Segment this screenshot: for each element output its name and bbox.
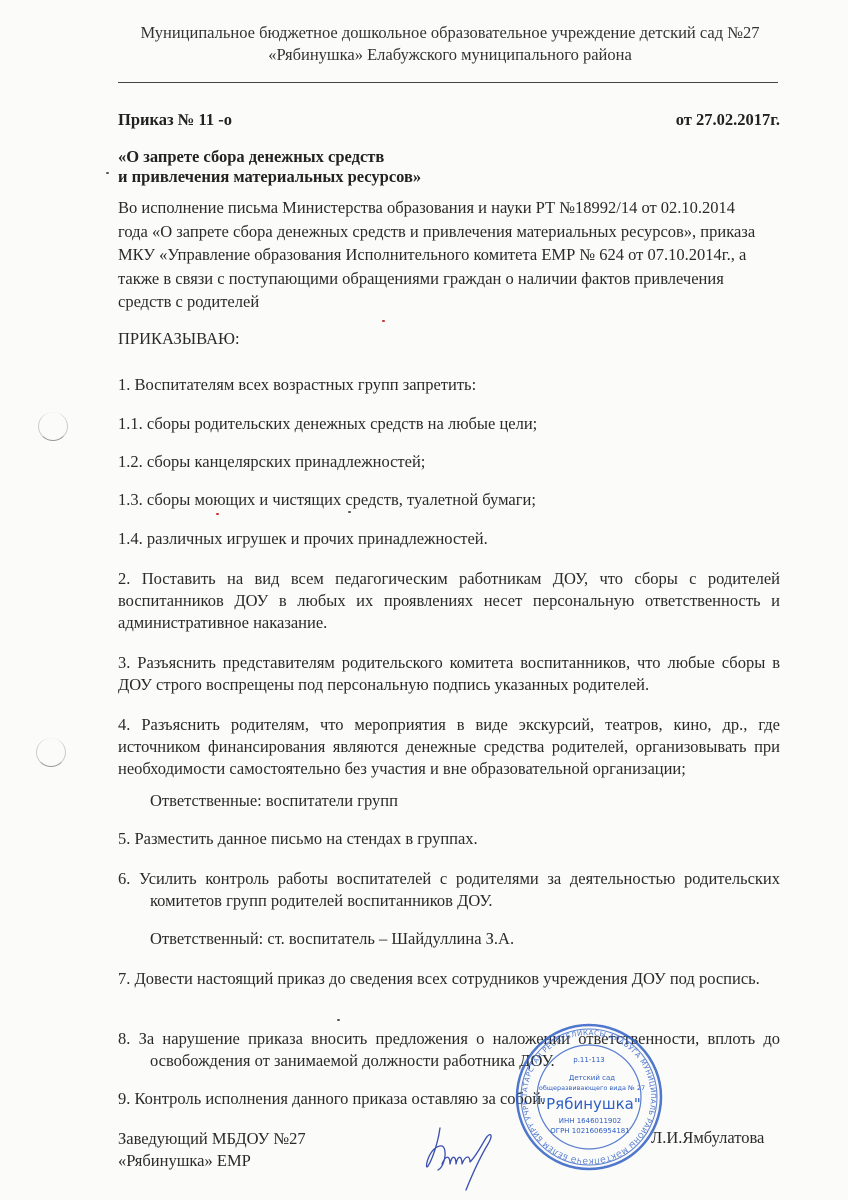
stamp-line-1: Детский сад (569, 1074, 615, 1082)
item-9: 9. Контроль исполнения данного приказа о… (118, 1088, 780, 1110)
stamp-name: "Рябинушка" (539, 1095, 641, 1113)
item-1-2: 1.2. сборы канцелярских принадлежностей; (118, 451, 780, 473)
scan-speck (216, 513, 219, 515)
preamble-line: средств с родителей (118, 290, 780, 314)
scan-speck (382, 320, 385, 322)
stamp-inn: ИНН 1646011902 (559, 1117, 622, 1125)
item-1: 1. Воспитателям всех возрастных групп за… (118, 374, 780, 396)
responsible-2: Ответственный: ст. воспитатель – Шайдулл… (118, 928, 780, 950)
preamble-line: МКУ «Управление образования Исполнительн… (118, 243, 780, 267)
order-number: Приказ № 11 -о (118, 110, 232, 130)
item-1-1: 1.1. сборы родительских денежных средств… (118, 413, 780, 435)
stamp-line-2: общеразвивающего вида № 27 (539, 1084, 645, 1092)
preamble-line: года «О запрете сбора денежных средств и… (118, 220, 780, 244)
order-date: от 27.02.2017г. (676, 110, 780, 130)
signoff-name: Л.И.Ямбулатова (651, 1128, 764, 1148)
document-page: Муниципальное бюджетное дошкольное образ… (0, 0, 848, 1200)
item-8: 8. За нарушение приказа вносить предложе… (118, 1028, 780, 1072)
item-7: 7. Довести настоящий приказ до сведения … (118, 968, 780, 990)
preamble: Во исполнение письма Министерства образо… (118, 196, 780, 314)
stamp-code: р.11-113 (573, 1056, 604, 1064)
header-line-1: Муниципальное бюджетное дошкольное образ… (100, 22, 800, 44)
scan-speck (337, 1019, 340, 1021)
item-3: 3. Разъяснить представителям родительско… (118, 652, 780, 696)
stamp-ogrn: ОГРН 1021606954181 (550, 1127, 629, 1135)
item-4: 4. Разъяснить родителям, что мероприятия… (118, 714, 780, 780)
header-line-2: «Рябинушка» Елабужского муниципального р… (100, 44, 800, 66)
official-stamp: ТАТАРСТАН РЕСПУБЛИКАСЫ АЛАБУГА МУНИЦИПАЛ… (514, 1022, 664, 1172)
header-divider (118, 82, 778, 83)
item-5: 5. Разместить данное письмо на стендах в… (118, 828, 780, 850)
item-1-3: 1.3. сборы моющих и чистящих средств, ту… (118, 489, 780, 511)
order-title: «О запрете сбора денежных средств и прив… (118, 147, 421, 187)
scan-speck (106, 172, 109, 174)
order-word: ПРИКАЗЫВАЮ: (118, 328, 780, 350)
hole-punch-mark (36, 738, 66, 767)
title-line-1: «О запрете сбора денежных средств (118, 147, 421, 167)
item-6: 6. Усилить контроль работы воспитателей … (118, 868, 780, 912)
scan-speck (348, 511, 351, 513)
item-2: 2. Поставить на вид всем педагогическим … (118, 568, 780, 634)
responsible-1: Ответственные: воспитатели групп (118, 790, 780, 812)
preamble-line: Во исполнение письма Министерства образо… (118, 196, 780, 220)
hole-punch-mark (38, 412, 68, 441)
preamble-line: также в связи с поступающими обращениями… (118, 267, 780, 291)
institution-header: Муниципальное бюджетное дошкольное образ… (100, 22, 800, 66)
title-line-2: и привлечения материальных ресурсов» (118, 167, 421, 187)
handwritten-signature (418, 1108, 508, 1198)
item-1-4: 1.4. различных игрушек и прочих принадле… (118, 528, 780, 550)
